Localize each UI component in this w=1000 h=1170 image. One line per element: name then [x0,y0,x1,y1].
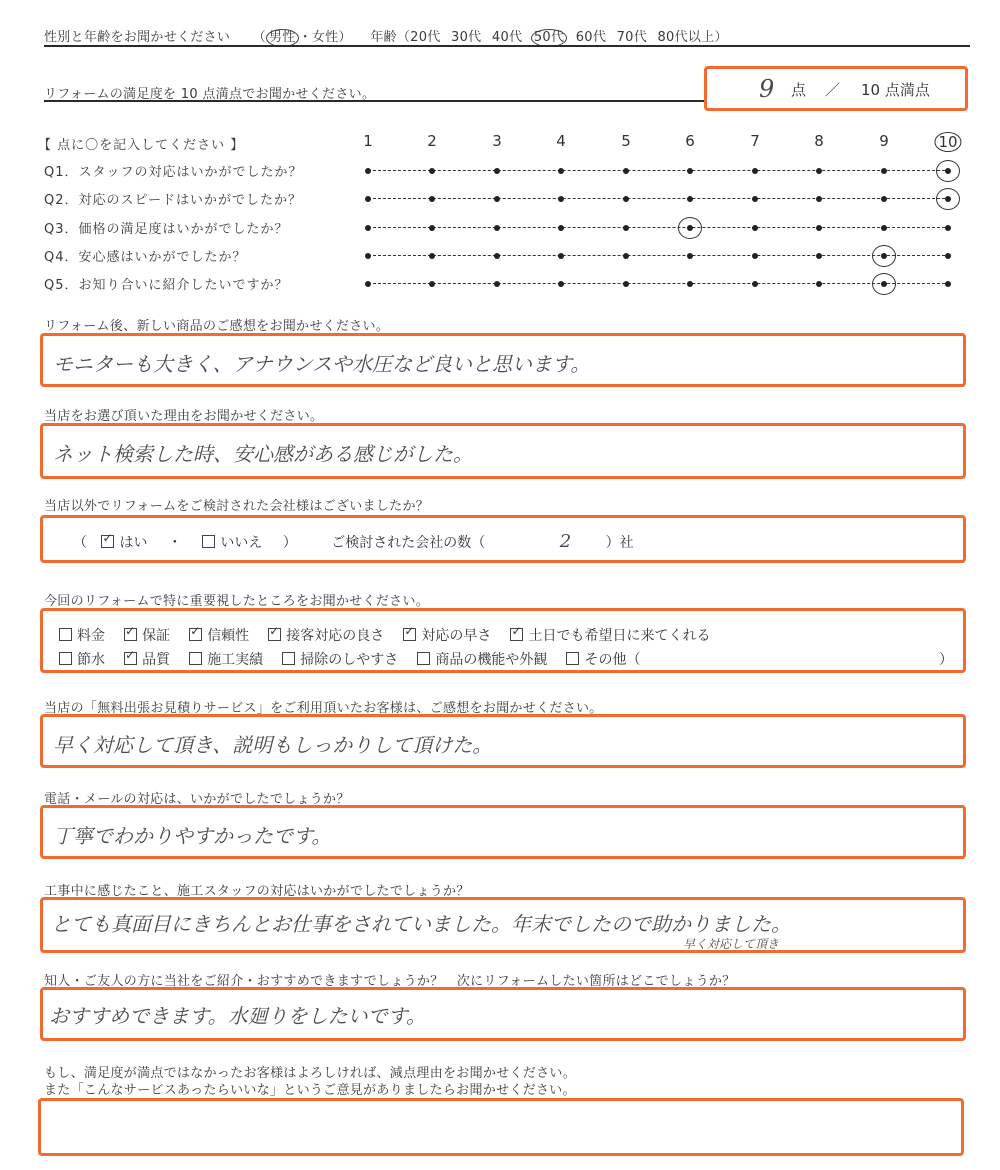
checkbox-checked-icon[interactable] [510,628,523,641]
scale-point[interactable] [816,253,822,259]
scale-point[interactable] [558,281,564,287]
selected-circle-icon [678,217,702,239]
question-q2-label: Q2．対応のスピードはいかがでしたか？ [44,189,302,208]
question-q1-label: Q1．スタッフの対応はいかがでしたか？ [44,161,303,180]
construction-answer-box[interactable]: とても真面目にきちんとお仕事をされていました。年末でしたので助かりました。 早く… [40,897,966,953]
rating-scale-q2[interactable] [368,198,950,201]
scale-point[interactable] [558,225,564,231]
scale-point[interactable] [687,253,693,259]
checkbox-checked-icon[interactable] [124,652,137,665]
checkbox-unchecked-icon[interactable] [189,652,202,665]
scale-point[interactable] [494,253,500,259]
scale-point[interactable] [494,196,500,202]
priority-option-track-record[interactable]: 施工実績 [189,652,263,668]
reason-answer-text: ネット検索した時、安心感がある感じがした。 [53,438,473,467]
construction-answer-text: とても真面目にきちんとお仕事をされていました。年末でしたので助かりました。 [51,908,791,937]
selected-circle-icon [872,273,896,295]
rating-scale-q4[interactable] [368,255,950,258]
scale-point[interactable] [365,225,371,231]
scale-point[interactable] [623,225,629,231]
priority-option-quality[interactable]: 品質 [124,652,170,668]
scale-point[interactable] [494,281,500,287]
gender-option-female[interactable]: 女性 [312,30,339,45]
referral-answer-text: おすすめできます。水廻りをしたいです。 [49,1000,426,1029]
priorities-question-label: 今回のリフォームで特に重要視したところをお聞かせください。 [44,590,429,609]
priority-option-reliability[interactable]: 信頼性 [189,628,249,644]
scale-point[interactable] [816,225,822,231]
checkbox-checked-icon[interactable] [189,628,202,641]
scale-point[interactable] [881,225,887,231]
age-option-60s[interactable]: 60代 [576,30,606,45]
scale-point[interactable] [429,253,435,259]
priority-option-warranty[interactable]: 保証 [124,628,170,644]
scale-point[interactable] [945,253,951,259]
rating-scale-q1[interactable] [368,170,950,173]
scale-point[interactable] [429,225,435,231]
checkbox-unchecked-icon[interactable] [566,652,579,665]
priority-option-response-speed[interactable]: 対応の早さ [403,628,491,644]
scale-point[interactable] [365,253,371,259]
priority-option-customer-service[interactable]: 接客対応の良さ [268,628,384,644]
product-answer-box[interactable]: モニターも大きく、アナウンスや水圧など良いと思います。 [40,333,966,387]
selected-circle-icon [872,245,896,267]
scale-point[interactable] [558,196,564,202]
scale-point[interactable] [752,253,758,259]
selected-circle-icon [936,188,960,210]
gender-age-row: 性別と年齢をお聞かせください （男性・女性） 年齢（20代 30代 40代 50… [44,26,728,47]
scale-point[interactable] [494,168,500,174]
checkbox-checked-icon[interactable] [403,628,416,641]
priority-option-easy-cleaning[interactable]: 掃除のしやすさ [282,652,398,668]
age-option-80s[interactable]: 80代以上 [657,30,714,45]
competitors-count-suffix: ）社 [606,535,634,551]
score-slash: ／ [825,79,840,100]
satisfaction-score-value: 9 [759,75,774,103]
satisfaction-rule [44,100,704,102]
gender-age-prompt: 性別と年齢をお聞かせください [44,30,230,45]
age-option-20s[interactable]: 20代 [410,30,440,45]
checkbox-unchecked-icon[interactable] [417,652,430,665]
age-option-70s[interactable]: 70代 [617,30,647,45]
scale-point[interactable] [429,281,435,287]
rating-instruction: 【 点に〇を記入してください 】 [38,134,244,153]
checkbox-unchecked-icon[interactable] [59,652,72,665]
score-unit: 点 [791,79,806,100]
scale-point[interactable] [365,168,371,174]
competitors-options: （ はい ・ いいえ ） ご検討された会社の数（ 2 ）社 [73,531,634,552]
scale-point[interactable] [816,281,822,287]
scale-point[interactable] [881,196,887,202]
contact-answer-text: 丁寧でわかりやすかったです。 [53,820,331,849]
scale-point[interactable] [752,281,758,287]
priorities-row-1: 料金 保証 信頼性 接客対応の良さ 対応の早さ 土日でも希望日に来てくれる [59,625,724,645]
competitors-no-option[interactable]: いいえ [202,535,262,551]
selected-circle-icon [936,160,960,182]
priority-option-weekend-visit[interactable]: 土日でも希望日に来てくれる [510,628,710,644]
scale-point[interactable] [494,225,500,231]
other-close-paren: ） [939,649,953,669]
reason-question-label: 当店をお選び頂いた理由をお聞かせください。 [44,405,323,424]
question-q4-label: Q4．安心感はいかがでしたか？ [44,246,247,265]
scale-point[interactable] [816,168,822,174]
rating-scale-q5[interactable] [368,283,950,286]
competitors-answer-box: （ はい ・ いいえ ） ご検討された会社の数（ 2 ）社 [40,515,966,563]
scale-point[interactable] [429,168,435,174]
estimate-answer-text: 早く対応して頂き、説明もしっかりして頂けた。 [53,729,492,758]
reason-answer-box[interactable]: ネット検索した時、安心感がある感じがした。 [40,423,966,479]
scale-point[interactable] [429,196,435,202]
priorities-row-2: 節水 品質 施工実績 掃除のしやすさ 商品の機能や外観 その他（ ） [59,649,949,669]
question-q3-label: Q3．価格の満足度はいかがでしたか？ [44,218,289,237]
priority-option-function-appearance[interactable]: 商品の機能や外観 [417,652,547,668]
scale-point[interactable] [558,168,564,174]
product-answer-text: モニターも大きく、アナウンスや水圧など良いと思います。 [53,348,590,377]
priorities-answer-box: 料金 保証 信頼性 接客対応の良さ 対応の早さ 土日でも希望日に来てくれる 節水… [40,608,966,673]
scale-point[interactable] [623,281,629,287]
scale-point[interactable] [752,196,758,202]
rating-scale-q3[interactable] [368,227,950,230]
checkbox-unchecked-icon[interactable] [59,628,72,641]
referral-answer-box[interactable]: おすすめできます。水廻りをしたいです。 [40,987,966,1041]
question-q5-label: Q5．お知り合いに紹介したいですか？ [44,274,289,293]
scale-point[interactable] [623,253,629,259]
satisfaction-score-box[interactable]: 9 点 ／ 10 点満点 [704,66,968,111]
priority-option-other[interactable]: その他（ [566,652,640,668]
checkbox-checked-icon[interactable] [124,628,137,641]
checkbox-checked-icon[interactable] [268,628,281,641]
scale-point[interactable] [623,196,629,202]
scale-point[interactable] [687,168,693,174]
competitors-question-label: 当店以外でリフォームをご検討された会社様はございましたか？ [44,495,429,514]
checkbox-checked-icon[interactable] [101,535,114,548]
age-option-30s[interactable]: 30代 [451,30,481,45]
improvement-question-label-2: また「こんなサービスあったらいいな」というご意見がありましたらお聞かせください。 [44,1079,576,1098]
priority-option-price[interactable]: 料金 [59,628,105,644]
age-option-40s[interactable]: 40代 [492,30,522,45]
scale-point[interactable] [623,168,629,174]
scale-point[interactable] [752,225,758,231]
header-rule [44,45,970,47]
scale-point[interactable] [816,196,822,202]
construction-answer-note: 早く対応して頂き [683,935,779,952]
competitors-count-value[interactable]: 2 [560,531,571,552]
scale-point[interactable] [365,281,371,287]
competitors-count-label: ご検討された会社の数（ [331,535,485,551]
scale-point[interactable] [687,196,693,202]
scale-point[interactable] [945,225,951,231]
improvement-answer-box[interactable] [38,1098,964,1156]
scale-point[interactable] [881,168,887,174]
contact-answer-box[interactable]: 丁寧でわかりやすかったです。 [40,805,966,859]
priority-option-water-saving[interactable]: 節水 [59,652,105,668]
scale-point[interactable] [365,196,371,202]
checkbox-unchecked-icon[interactable] [202,535,215,548]
competitors-yes-option[interactable]: はい [101,535,147,551]
scale-point[interactable] [752,168,758,174]
scale-point[interactable] [687,281,693,287]
scale-point[interactable] [945,281,951,287]
product-question-label: リフォーム後、新しい商品のご感想をお聞かせください。 [44,315,389,334]
score-max: 10 点満点 [861,79,930,100]
scale-point[interactable] [558,253,564,259]
estimate-answer-box[interactable]: 早く対応して頂き、説明もしっかりして頂けた。 [40,714,966,768]
checkbox-unchecked-icon[interactable] [282,652,295,665]
